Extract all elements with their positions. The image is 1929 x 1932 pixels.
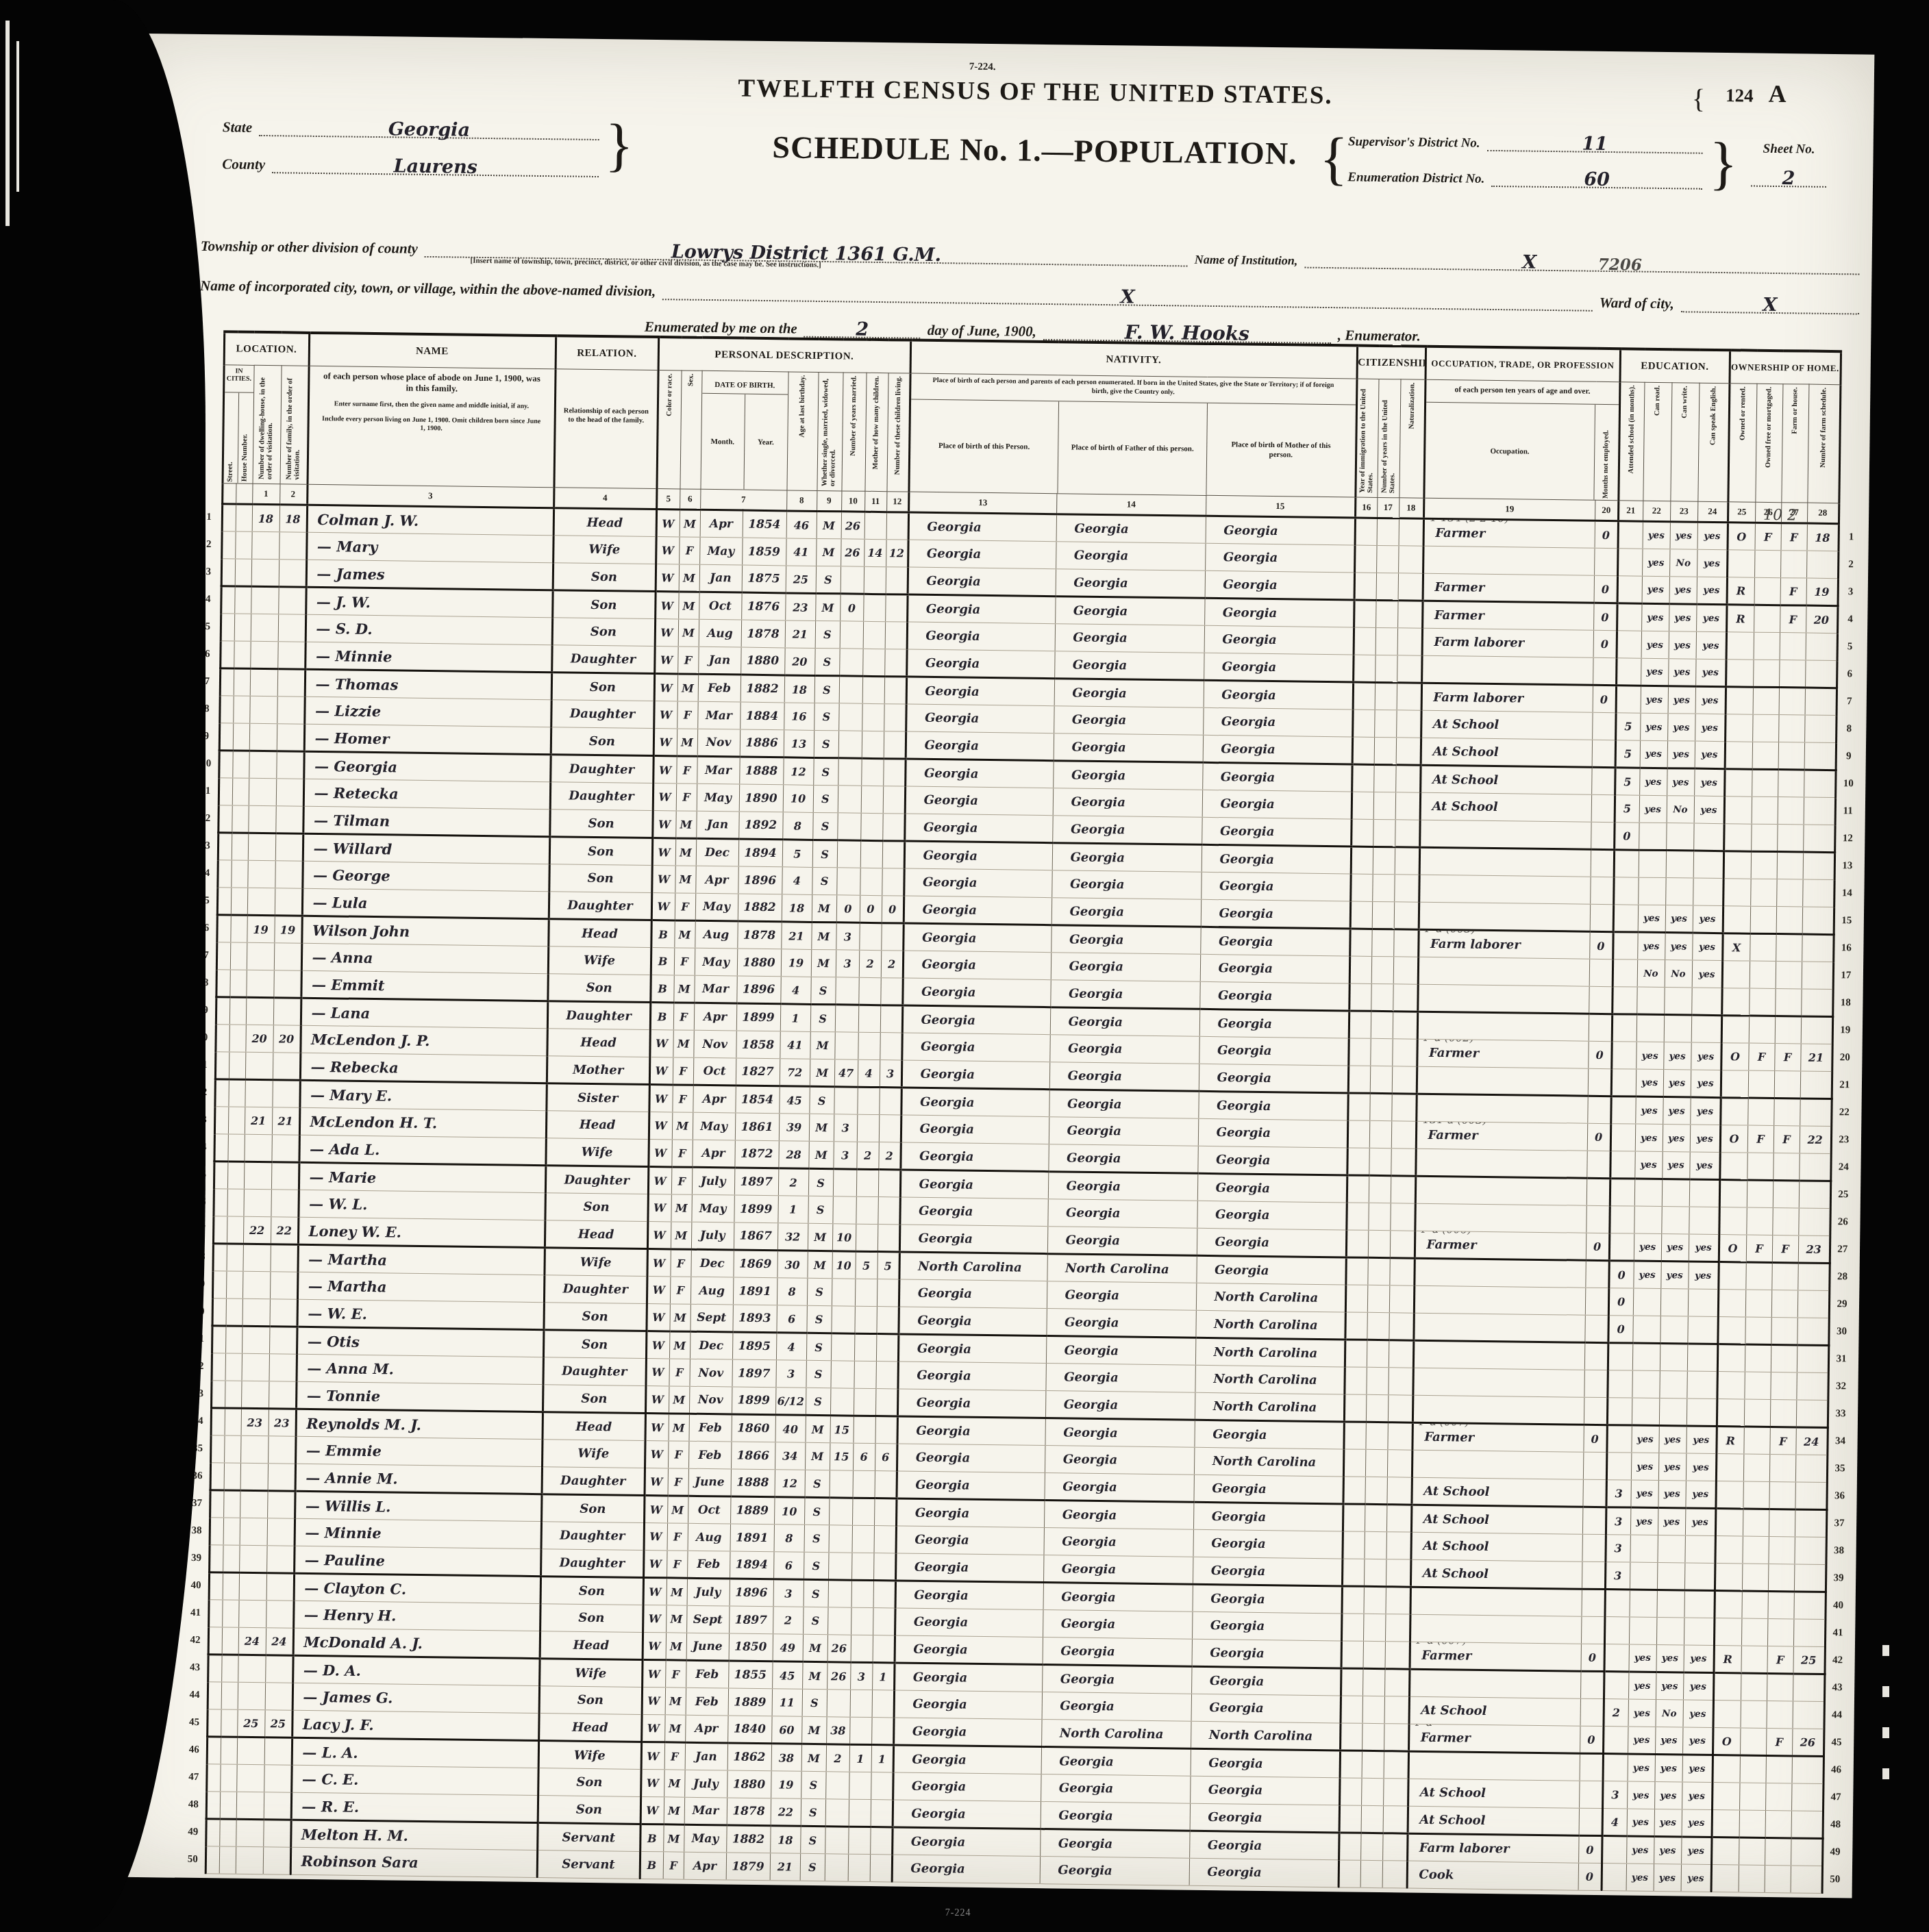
cell-months-not-employed xyxy=(1588,1068,1611,1096)
cell-mother-of-children xyxy=(858,1032,880,1059)
cell-color-race: W xyxy=(645,1468,668,1495)
cell-can-write: No xyxy=(1667,796,1694,823)
cell-free-mortgaged xyxy=(1740,1755,1766,1783)
cell-father-birthplace: Georgia xyxy=(1046,1336,1195,1366)
cell-years-in-us xyxy=(1367,1340,1389,1367)
cell-sex: F xyxy=(679,537,699,564)
cell-marital-status: M xyxy=(807,1251,832,1278)
cell-relation: Head xyxy=(538,1714,641,1742)
cell-birth-month: July xyxy=(684,1770,727,1798)
line-number-right: 11 xyxy=(1835,798,1860,825)
column-number: 8 xyxy=(786,490,817,512)
cell-can-read xyxy=(1632,1398,1659,1425)
column-number: 15 xyxy=(1206,495,1355,518)
cell-mother-of-children xyxy=(856,1196,878,1224)
cell-owned-rented xyxy=(1718,1262,1745,1290)
cell-age: 5 xyxy=(782,840,812,868)
cell-farm-schedule xyxy=(1797,1290,1830,1318)
cell-relation: Head xyxy=(547,1029,649,1057)
supervisor-underline: 11 xyxy=(1487,125,1703,154)
cell-free-mortgaged: F xyxy=(1746,1235,1772,1262)
cell-street xyxy=(206,1846,219,1874)
cell-birth-month: May xyxy=(691,1194,734,1222)
cell-house-number xyxy=(227,1134,244,1162)
cell-birthplace: Georgia xyxy=(895,1635,1043,1665)
cell-farm-house: F xyxy=(1780,578,1806,605)
cell-children-living xyxy=(883,786,906,814)
cell-can-speak-english: yes xyxy=(1694,796,1725,824)
cell-relation: Daughter xyxy=(550,782,653,811)
cell-birth-month: Jan xyxy=(696,811,738,839)
cell-can-read: yes xyxy=(1642,549,1669,576)
cell-naturalization xyxy=(1386,1559,1411,1587)
cell-occupation: At School xyxy=(1421,738,1592,767)
institution-pencil-note: 7206 xyxy=(1598,255,1642,275)
cell-family-number xyxy=(275,806,303,833)
cell-marital-status: S xyxy=(803,1607,827,1634)
cell-age: 30 xyxy=(777,1251,807,1279)
cell-birth-year: 1888 xyxy=(731,1469,775,1497)
cell-mother-birthplace: Georgia xyxy=(1205,570,1354,600)
cell-relation: Wife xyxy=(539,1659,642,1688)
cell-years-married xyxy=(837,840,860,868)
cell-years-in-us xyxy=(1372,901,1394,929)
cell-relation: Daughter xyxy=(541,1522,644,1551)
cell-years-married: 10 xyxy=(832,1251,855,1279)
cell-mother-of-children: 4 xyxy=(858,1059,880,1087)
cell-can-speak-english xyxy=(1693,851,1724,879)
cell-can-read: No xyxy=(1637,959,1665,987)
cell-name: — Anna xyxy=(301,943,548,973)
cell-sex: F xyxy=(676,756,697,783)
cell-street xyxy=(221,586,234,614)
cell-mother-birthplace: Georgia xyxy=(1198,1118,1347,1148)
cell-relation: Son xyxy=(551,727,654,756)
line-number-right: 35 xyxy=(1827,1455,1852,1483)
cell-color-race: W xyxy=(645,1440,668,1468)
cell-name: — Minnie xyxy=(295,1518,541,1548)
cell-street xyxy=(208,1600,222,1627)
cell-age: 8 xyxy=(782,812,812,840)
cell-attended-school xyxy=(1606,1453,1631,1480)
cell-mother-birthplace: Georgia xyxy=(1189,1858,1339,1887)
cell-can-write xyxy=(1660,1316,1687,1344)
cell-can-speak-english xyxy=(1684,1590,1715,1618)
cell-free-mortgaged xyxy=(1754,632,1780,660)
cell-name: — Minnie xyxy=(305,642,551,672)
cell-color-race: W xyxy=(649,1057,673,1085)
cell-farm-house xyxy=(1778,797,1804,825)
cell-occupation xyxy=(1417,1066,1588,1096)
cell-occupation xyxy=(1414,1285,1585,1315)
cell-years-married: 10 xyxy=(832,1224,856,1251)
cell-can-write: yes xyxy=(1654,1809,1682,1837)
cell-birth-year: 1850 xyxy=(729,1633,773,1661)
cell-years-married xyxy=(829,1525,852,1553)
cell-relation: Daughter xyxy=(549,892,651,920)
cell-house-number xyxy=(221,1655,238,1682)
cell-mother-of-children xyxy=(848,1854,870,1881)
cell-marital-status: M xyxy=(805,1415,830,1442)
cell-owned-rented xyxy=(1713,1755,1740,1783)
cell-months-not-employed xyxy=(1589,1014,1612,1041)
cell-sex: M xyxy=(675,811,696,838)
cell-free-mortgaged xyxy=(1752,769,1778,796)
line-number-right: 32 xyxy=(1828,1373,1852,1401)
cell-farm-house xyxy=(1774,1071,1800,1099)
cell-farm-house: F xyxy=(1774,1126,1800,1153)
cell-dwelling-number xyxy=(240,1463,268,1490)
cell-years-married: 0 xyxy=(836,895,860,923)
years-in-us-column-label: Number of years in the United States. xyxy=(1377,379,1400,497)
cell-mother-birthplace: Georgia xyxy=(1204,598,1354,627)
cell-farm-house: F xyxy=(1780,605,1806,633)
cell-naturalization xyxy=(1393,929,1419,957)
cell-age: 4 xyxy=(776,1333,806,1361)
cell-dwelling-number xyxy=(239,1545,266,1572)
cell-years-in-us xyxy=(1362,1668,1384,1696)
cell-father-birthplace: Georgia xyxy=(1043,1555,1193,1585)
cell-naturalization xyxy=(1389,1340,1414,1368)
cell-age: 23 xyxy=(785,593,815,621)
cell-owned-rented xyxy=(1717,1372,1744,1399)
cell-years-married xyxy=(830,1361,854,1388)
cell-father-birthplace: Georgia xyxy=(1055,597,1204,626)
cell-children-living xyxy=(883,759,906,786)
cell-can-read xyxy=(1632,1343,1660,1370)
cell-free-mortgaged xyxy=(1745,1262,1771,1290)
cell-naturalization xyxy=(1397,601,1423,628)
cell-attended-school xyxy=(1609,1206,1634,1233)
cell-street xyxy=(219,696,233,723)
cell-occupation xyxy=(1419,820,1591,849)
cell-free-mortgaged xyxy=(1747,1180,1773,1207)
cell-birthplace: Georgia xyxy=(904,868,1051,898)
cell-birthplace: Georgia xyxy=(893,1745,1041,1774)
cell-farm-house xyxy=(1770,1372,1796,1400)
cell-mother-of-children xyxy=(860,813,882,840)
cell-farm-schedule xyxy=(1802,934,1834,962)
cell-street xyxy=(214,1162,227,1189)
cell-immigration-year xyxy=(1348,1066,1370,1093)
cell-can-write xyxy=(1659,1371,1687,1398)
cell-owned-rented: O xyxy=(1719,1235,1746,1262)
cell-father-birthplace: Georgia xyxy=(1056,542,1205,571)
enumerated-mid: day of June, 1900, xyxy=(928,322,1037,340)
cell-birth-month: Feb xyxy=(686,1688,728,1716)
cell-years-married xyxy=(825,1799,849,1827)
cell-naturalization xyxy=(1384,1751,1409,1779)
cell-age: 4 xyxy=(782,867,812,895)
cell-birth-month: Oct xyxy=(688,1496,730,1524)
cell-years-married xyxy=(840,621,863,649)
cell-can-write: yes xyxy=(1655,1727,1682,1755)
cell-years-married xyxy=(839,649,862,676)
cell-birth-month: Dec xyxy=(690,1249,733,1277)
cell-birthplace: Georgia xyxy=(893,1718,1041,1747)
cell-house-number xyxy=(229,1052,245,1079)
cell-marital-status: M xyxy=(810,1059,834,1086)
cell-children-living xyxy=(882,814,905,841)
cell-relation: Mother xyxy=(547,1056,649,1085)
cell-can-write xyxy=(1661,1207,1689,1234)
cell-free-mortgaged: F xyxy=(1748,1043,1774,1070)
cell-house-number xyxy=(220,1792,236,1819)
cell-birth-year: 1884 xyxy=(740,702,784,730)
cell-immigration-year xyxy=(1348,1038,1370,1066)
cell-birth-year: 1872 xyxy=(734,1140,778,1168)
cell-years-married: 38 xyxy=(826,1717,849,1744)
cell-immigration-year xyxy=(1340,1723,1362,1751)
cell-birthplace: Georgia xyxy=(893,1800,1041,1829)
group-relation: RELATION. xyxy=(556,336,659,370)
line-number-right: 19 xyxy=(1832,1017,1857,1044)
cell-color-race: W xyxy=(649,1085,672,1112)
cell-naturalization xyxy=(1389,1313,1414,1340)
cell-years-in-us xyxy=(1367,1285,1389,1312)
line-number-right: 50 xyxy=(1822,1866,1847,1894)
cell-relation: Son xyxy=(549,864,651,893)
cell-attended-school xyxy=(1610,1124,1635,1151)
cell-family-number xyxy=(265,1655,293,1683)
cell-can-speak-english: yes xyxy=(1684,1645,1715,1673)
cell-years-married xyxy=(838,758,861,786)
cell-can-speak-english: yes xyxy=(1682,1782,1713,1810)
cell-birthplace: Georgia xyxy=(901,1033,1049,1062)
cell-naturalization xyxy=(1396,710,1421,738)
cell-relation: Daughter xyxy=(540,1549,643,1578)
cell-name: — Pauline xyxy=(294,1546,540,1576)
cell-farm-house xyxy=(1769,1482,1795,1509)
cell-dwelling-number xyxy=(251,531,279,559)
cell-farm-house xyxy=(1778,715,1804,742)
cell-children-living xyxy=(881,923,904,951)
cell-naturalization xyxy=(1395,765,1421,792)
cell-age: 13 xyxy=(784,730,814,758)
cell-name: — George xyxy=(302,861,549,891)
cell-mother-birthplace: Georgia xyxy=(1190,1803,1339,1833)
cell-months-not-employed xyxy=(1591,849,1614,877)
cell-color-race: W xyxy=(654,674,677,701)
cell-dwelling-number xyxy=(236,1819,263,1846)
cell-relation: Son xyxy=(543,1385,645,1414)
cell-farm-house xyxy=(1777,825,1803,852)
cell-family-number xyxy=(269,1381,297,1409)
cell-can-speak-english: yes xyxy=(1693,905,1723,933)
cell-relation: Daughter xyxy=(545,1166,648,1194)
cell-mother-birthplace: Georgia xyxy=(1200,954,1349,983)
cell-owned-rented xyxy=(1725,742,1752,769)
cell-years-in-us xyxy=(1363,1614,1385,1641)
enumeration-value-handwriting: 60 xyxy=(1584,169,1610,190)
line-number-right: 12 xyxy=(1834,825,1859,853)
cell-dwelling-number xyxy=(250,668,277,696)
cell-mother-birthplace: Georgia xyxy=(1202,817,1351,846)
cell-age: 19 xyxy=(781,949,811,977)
cell-years-in-us xyxy=(1365,1504,1386,1531)
cell-name: Colman J. W. xyxy=(307,505,553,535)
cell-house-number xyxy=(225,1353,242,1381)
cell-can-read: yes xyxy=(1641,631,1669,658)
cell-color-race: W xyxy=(644,1495,667,1522)
cell-sex: M xyxy=(669,1304,690,1331)
cell-can-write: yes xyxy=(1667,714,1695,741)
cell-family-number: 23 xyxy=(269,1409,297,1436)
cell-street xyxy=(208,1682,221,1709)
cell-father-birthplace: Georgia xyxy=(1051,870,1201,900)
cell-sex: F xyxy=(672,1085,693,1112)
cell-months-not-employed xyxy=(1580,1671,1604,1698)
cell-birth-year: 1889 xyxy=(730,1496,774,1525)
cell-street xyxy=(213,1189,227,1216)
cell-farm-schedule xyxy=(1804,770,1836,798)
cell-can-write xyxy=(1662,1179,1689,1207)
cell-birthplace: Georgia xyxy=(906,731,1054,761)
cell-months-not-employed xyxy=(1582,1479,1606,1507)
cell-marital-status: S xyxy=(804,1497,829,1525)
cell-mother-of-children xyxy=(854,1388,875,1416)
farm-schedule-column-label: Number of farm schedule. xyxy=(1807,384,1840,503)
cell-owned-rented xyxy=(1723,824,1751,851)
cell-age: 72 xyxy=(780,1059,810,1087)
cell-house-number xyxy=(227,1162,244,1189)
cell-years-in-us xyxy=(1369,1093,1391,1120)
cell-color-race: W xyxy=(642,1659,665,1687)
cell-mother-birthplace: Georgia xyxy=(1199,981,1349,1011)
cell-mother-birthplace: Georgia xyxy=(1197,1201,1346,1230)
can-speak-english-column-label: Can speak English. xyxy=(1697,383,1729,502)
cell-marital-status: S xyxy=(809,1086,834,1114)
cell-can-write: yes xyxy=(1654,1782,1682,1809)
cell-owned-rented xyxy=(1719,1180,1747,1207)
cell-naturalization xyxy=(1393,957,1419,984)
cell-father-birthplace: Georgia xyxy=(1054,706,1203,736)
cell-years-in-us xyxy=(1361,1778,1383,1805)
cell-color-race: W xyxy=(649,1112,672,1139)
cell-farm-house xyxy=(1778,770,1804,797)
cell-naturalization xyxy=(1397,655,1422,683)
cell-relation: Servant xyxy=(537,1823,640,1852)
cell-dwelling-number xyxy=(249,723,277,751)
cell-mother-of-children xyxy=(854,1306,876,1333)
cell-years-in-us xyxy=(1371,983,1393,1011)
cell-children-living xyxy=(871,1718,894,1745)
cell-can-write: No xyxy=(1665,960,1692,988)
cell-mother-of-children xyxy=(851,1553,873,1580)
cell-free-mortgaged xyxy=(1752,796,1778,824)
cell-birth-month: Apr xyxy=(693,1085,735,1113)
cell-birth-month: May xyxy=(695,893,738,921)
cell-birth-month: May xyxy=(697,783,739,812)
cell-immigration-year xyxy=(1351,846,1373,874)
cell-occupation: Farm laborer xyxy=(1422,628,1593,657)
cell-family-number xyxy=(266,1573,295,1601)
cell-family-number xyxy=(269,1299,297,1327)
census-form-page: 7-224. TWELFTH CENSUS OF THE UNITED STAT… xyxy=(99,33,1875,1898)
cell-can-write: yes xyxy=(1669,577,1697,604)
cell-birth-month: Aug xyxy=(699,619,741,647)
cell-sex: M xyxy=(678,619,699,647)
cell-children-living: 12 xyxy=(886,540,908,567)
cell-owned-rented xyxy=(1717,1399,1744,1427)
cell-immigration-year xyxy=(1345,1340,1367,1367)
cell-house-number xyxy=(219,1846,236,1874)
cell-marital-status: S xyxy=(808,1196,832,1223)
cell-color-race: W xyxy=(652,838,675,866)
free-mortgaged-column-label: Owned free or mortgaged. xyxy=(1755,384,1782,502)
cell-mother-birthplace: Georgia xyxy=(1193,1529,1343,1559)
column-number: 6 xyxy=(680,489,700,510)
cell-marital-status: S xyxy=(806,1333,831,1360)
line-number-right: 34 xyxy=(1828,1428,1852,1455)
cell-can-read xyxy=(1636,987,1664,1014)
cell-can-read xyxy=(1630,1562,1657,1590)
cell-months-not-employed xyxy=(1584,1397,1607,1425)
cell-can-speak-english: yes xyxy=(1695,714,1726,742)
cell-attended-school: 4 xyxy=(1602,1809,1627,1836)
cell-birth-month: July xyxy=(691,1222,734,1250)
line-number-right: 6 xyxy=(1837,661,1861,688)
cell-house-number xyxy=(224,1435,240,1463)
family-number-column-label: Number of family, in the order of visita… xyxy=(280,366,309,484)
cell-children-living: 3 xyxy=(880,1060,902,1088)
cell-years-married: 3 xyxy=(833,1142,856,1169)
cell-relation: Servant xyxy=(537,1851,640,1879)
cell-owned-rented: R xyxy=(1727,577,1754,605)
cell-owned-rented xyxy=(1718,1290,1745,1317)
cell-immigration-year xyxy=(1345,1312,1367,1340)
cell-family-number xyxy=(276,779,304,806)
cell-free-mortgaged xyxy=(1750,906,1776,933)
cell-immigration-year xyxy=(1341,1641,1363,1668)
cell-color-race: W xyxy=(654,729,677,756)
cell-years-married xyxy=(835,1005,858,1032)
cell-free-mortgaged xyxy=(1743,1509,1769,1536)
cell-occupation: At School xyxy=(1412,1477,1583,1507)
cell-father-birthplace: Georgia xyxy=(1049,1035,1199,1064)
cell-can-read xyxy=(1634,1206,1661,1233)
cell-farm-house xyxy=(1766,1755,1792,1783)
cell-farm-schedule xyxy=(1803,852,1835,880)
cell-marital-status: M xyxy=(801,1744,826,1771)
relation-column-header: Relationship of each person to the head … xyxy=(553,369,658,489)
cell-attended-school xyxy=(1604,1644,1629,1672)
cell-immigration-year xyxy=(1352,737,1374,764)
form-number: 7-224. xyxy=(969,62,996,73)
cell-house-number xyxy=(224,1463,240,1490)
cell-immigration-year xyxy=(1355,518,1377,545)
cell-can-read: yes xyxy=(1627,1781,1654,1809)
cell-attended-school xyxy=(1613,959,1637,987)
cell-street xyxy=(212,1271,226,1299)
cell-mother-birthplace: Georgia xyxy=(1193,1557,1342,1586)
cell-farm-schedule xyxy=(1791,1783,1824,1811)
cell-family-number xyxy=(275,888,303,916)
cell-marital-status: S xyxy=(800,1826,825,1853)
cell-birth-year: 1899 xyxy=(734,1195,777,1223)
cell-mother-birthplace: Georgia xyxy=(1198,1091,1347,1120)
cell-months-not-employed xyxy=(1589,986,1612,1014)
cell-street xyxy=(210,1518,223,1545)
cell-father-birthplace: Georgia xyxy=(1045,1391,1195,1420)
cell-months-not-employed xyxy=(1589,959,1613,986)
cell-birthplace: Georgia xyxy=(902,1005,1050,1035)
cell-street xyxy=(219,723,233,751)
cell-mother-birthplace: North Carolina xyxy=(1196,1283,1345,1312)
cell-months-not-employed xyxy=(1594,548,1617,575)
cell-mother-of-children: 3 xyxy=(850,1662,872,1690)
cell-house-number xyxy=(230,942,247,970)
